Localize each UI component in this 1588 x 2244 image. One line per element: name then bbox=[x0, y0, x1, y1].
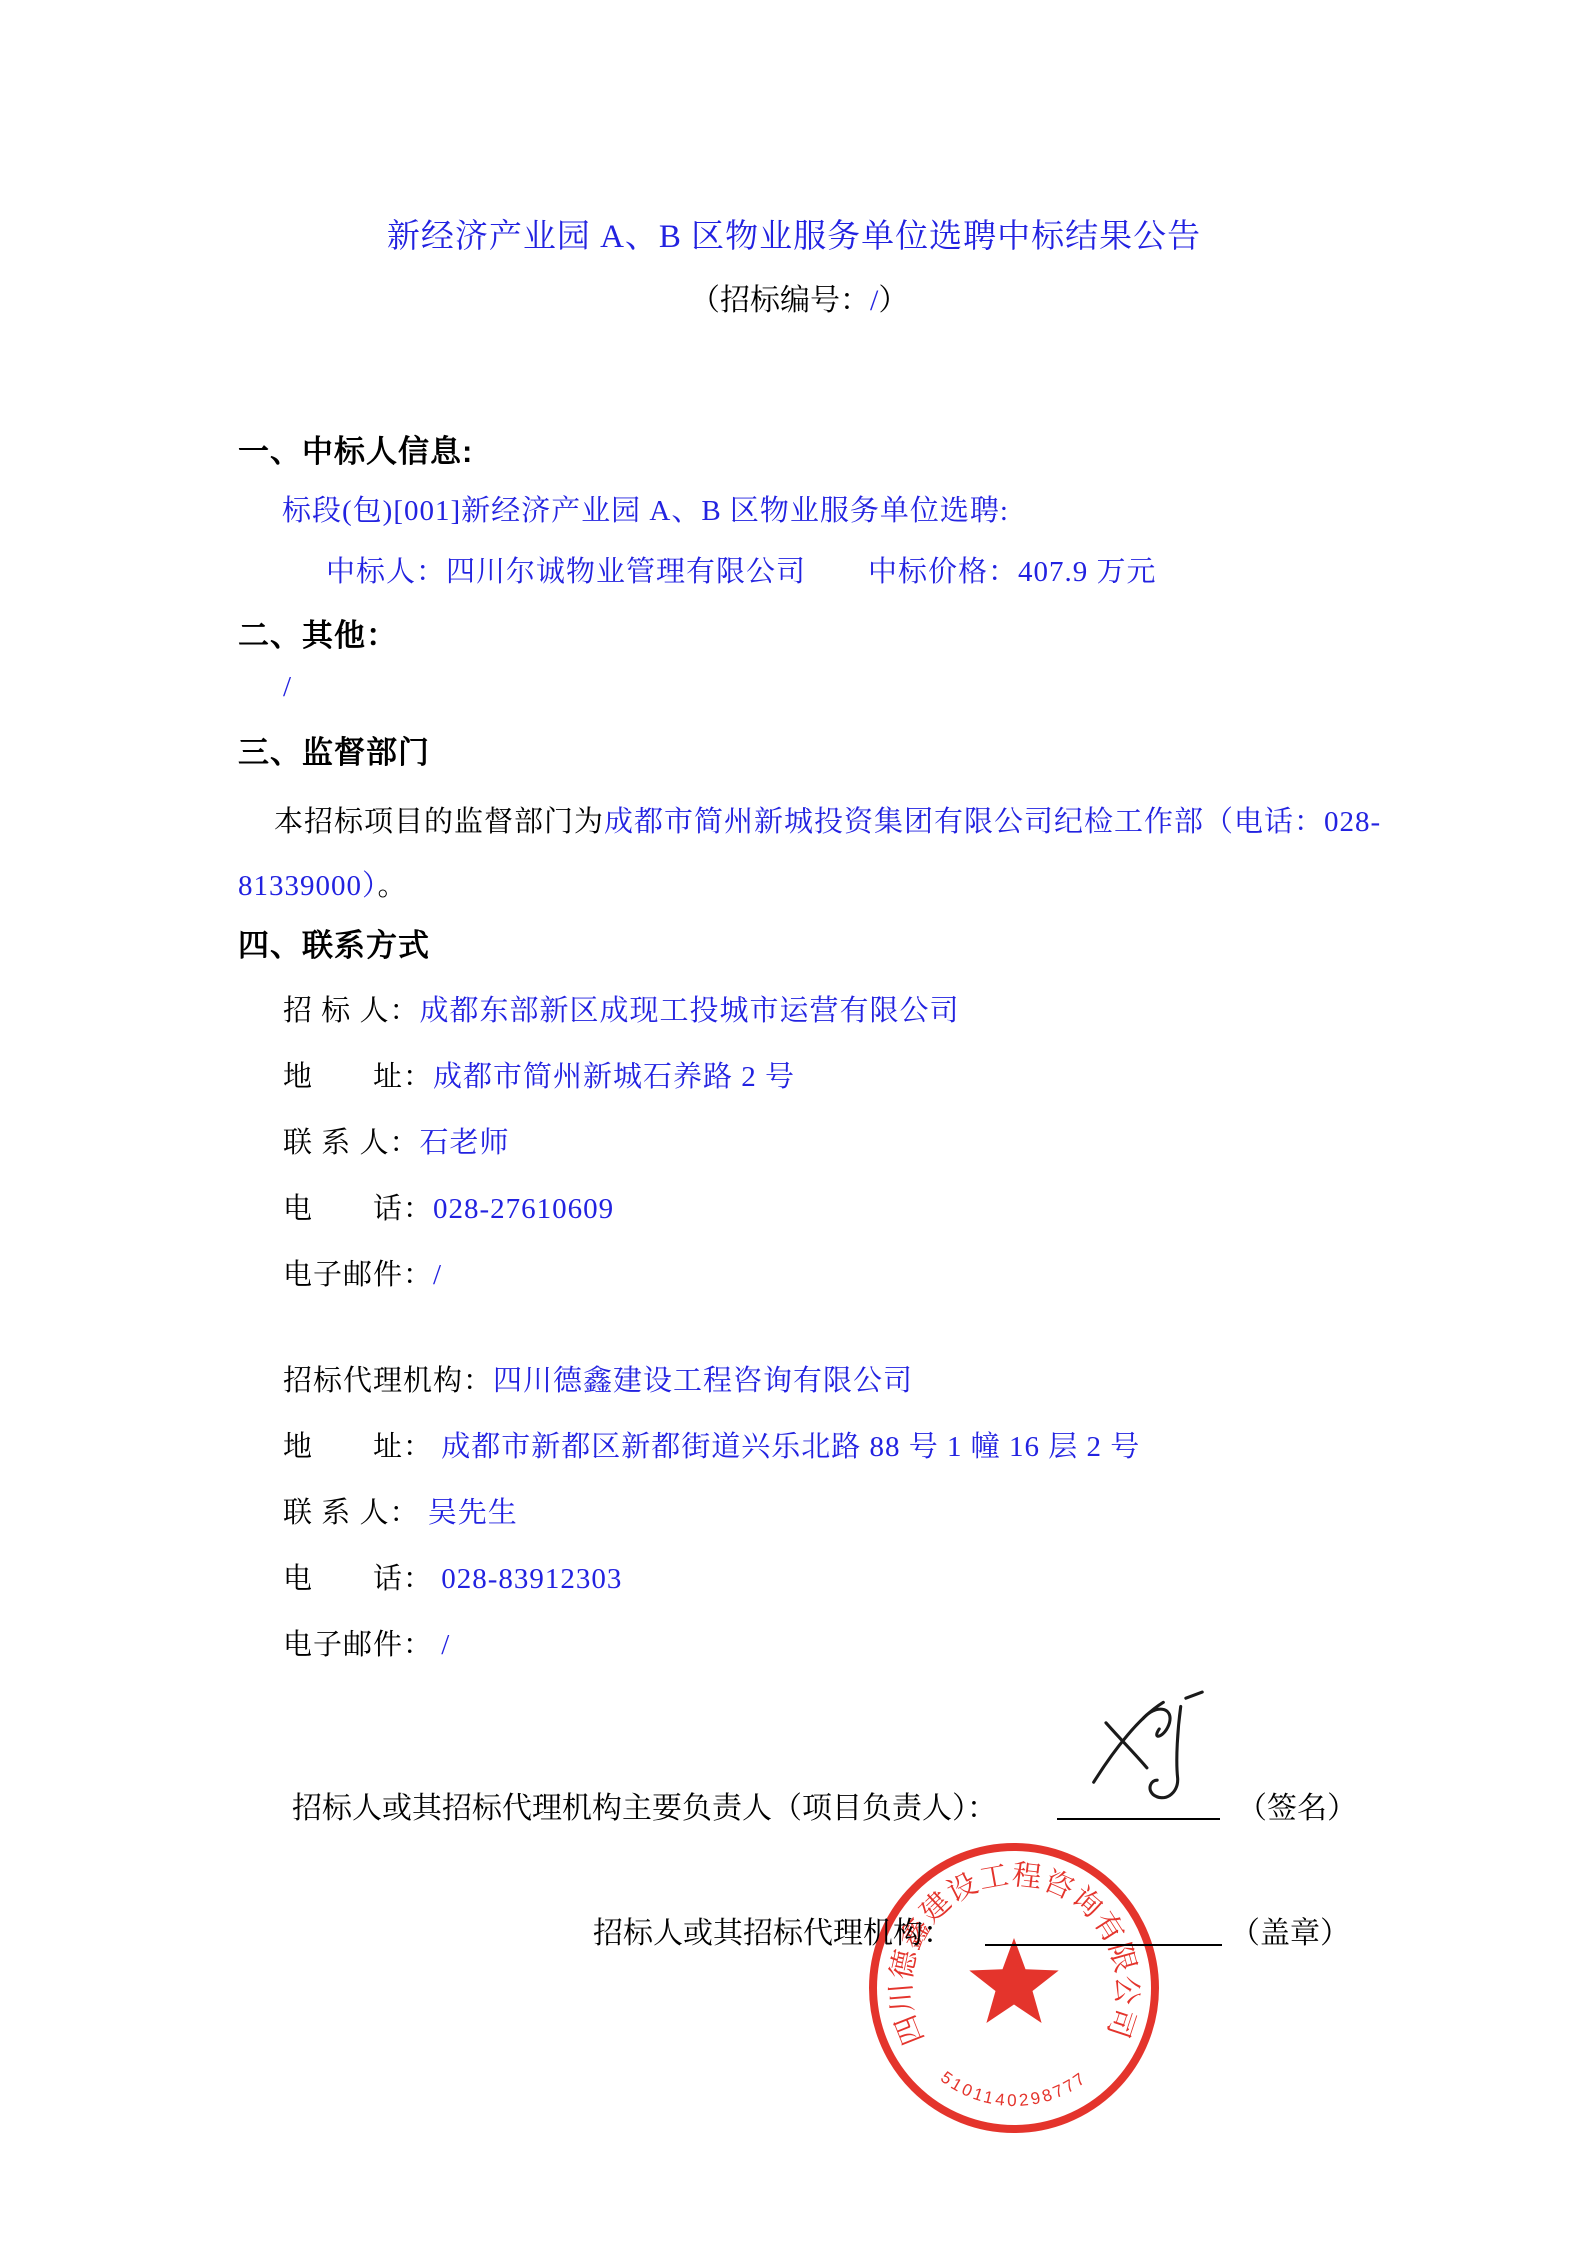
tender-number-prefix: （招标编号： bbox=[690, 284, 870, 317]
tenderer-name-row: 招 标 人：成都东部新区成现工投城市运营有限公司 bbox=[283, 988, 960, 1029]
winner-value: 四川尔诚物业管理有限公司 bbox=[446, 556, 806, 588]
price-value: 407.9 万元 bbox=[1018, 556, 1157, 588]
lot-line: 标段(包)[001]新经济产业园 A、B 区物业服务单位选聘: bbox=[282, 488, 1009, 529]
section-heading-contact: 四、联系方式 bbox=[238, 920, 430, 965]
agency-email-label: 电子邮件： bbox=[283, 1629, 433, 1661]
agency-address-value: 成都市新都区新都街道兴乐北路 88 号 1 幢 16 层 2 号 bbox=[433, 1431, 1140, 1463]
agency-address-label: 地 址： bbox=[283, 1431, 433, 1463]
tenderer-email-row: 电子邮件：/ bbox=[283, 1252, 442, 1293]
supervision-text-blue: 成都市简州新城投资集团有限公司纪检工作部（电话：028- bbox=[604, 806, 1381, 838]
winner-label: 中标人： bbox=[326, 556, 446, 588]
agency-name-label: 招标代理机构： bbox=[283, 1365, 493, 1397]
tenderer-phone-row: 电 话：028-27610609 bbox=[283, 1186, 614, 1227]
section-heading-winner-info: 一、中标人信息: bbox=[238, 426, 473, 471]
tenderer-address-label: 地 址： bbox=[283, 1061, 433, 1093]
section-heading-other: 二、其他： bbox=[238, 610, 398, 655]
tenderer-contact-value: 石老师 bbox=[420, 1127, 510, 1159]
tenderer-address-row: 地 址：成都市简州新城石养路 2 号 bbox=[283, 1054, 795, 1095]
agency-contact-value: 吴先生 bbox=[420, 1497, 518, 1529]
tenderer-name-label: 招 标 人： bbox=[283, 995, 420, 1027]
tenderer-name-value: 成都东部新区成现工投城市运营有限公司 bbox=[420, 995, 960, 1027]
tender-number-suffix: ） bbox=[878, 284, 908, 317]
price-label: 中标价格： bbox=[868, 556, 1018, 588]
seal-suffix: （盖章） bbox=[1230, 1908, 1350, 1952]
supervision-paragraph-line1: 本招标项目的监督部门为成都市简州新城投资集团有限公司纪检工作部（电话：028- bbox=[274, 799, 1381, 840]
section-heading-supervision: 三、监督部门 bbox=[238, 727, 430, 772]
supervision-text-black: 本招标项目的监督部门为 bbox=[274, 806, 604, 838]
document-page: 新经济产业园 A、B 区物业服务单位选聘中标结果公告 （招标编号：/） 一、中标… bbox=[0, 0, 1588, 2244]
agency-contact-row: 联 系 人： 吴先生 bbox=[283, 1490, 518, 1531]
tenderer-phone-label: 电 话： bbox=[283, 1193, 433, 1225]
company-seal-stamp: 四川德鑫建设工程咨询有限公司 5101140298777 bbox=[864, 1838, 1164, 2138]
star-icon bbox=[969, 1938, 1058, 2023]
agency-phone-value: 028-83912303 bbox=[433, 1563, 622, 1595]
handwritten-signature bbox=[1080, 1688, 1220, 1816]
tender-number-line: （招标编号：/） bbox=[690, 275, 908, 319]
agency-name-row: 招标代理机构：四川德鑫建设工程咨询有限公司 bbox=[283, 1358, 913, 1399]
supervision-phone-rest: 81339000） bbox=[238, 870, 378, 902]
agency-name-value: 四川德鑫建设工程咨询有限公司 bbox=[493, 1365, 913, 1397]
agency-contact-label: 联 系 人： bbox=[283, 1497, 420, 1529]
tenderer-email-value: / bbox=[433, 1259, 442, 1291]
agency-phone-label: 电 话： bbox=[283, 1563, 433, 1595]
tenderer-contact-label: 联 系 人： bbox=[283, 1127, 420, 1159]
tenderer-address-value: 成都市简州新城石养路 2 号 bbox=[433, 1061, 795, 1093]
other-value: / bbox=[283, 671, 292, 704]
signature-suffix: （签名） bbox=[1237, 1783, 1357, 1827]
tenderer-phone-value: 028-27610609 bbox=[433, 1193, 614, 1225]
agency-phone-row: 电 话： 028-83912303 bbox=[283, 1556, 622, 1597]
supervision-paragraph-line2: 81339000）。 bbox=[238, 863, 408, 904]
page-title: 新经济产业园 A、B 区物业服务单位选聘中标结果公告 bbox=[0, 210, 1588, 257]
agency-email-value: / bbox=[433, 1629, 450, 1661]
agency-email-row: 电子邮件： / bbox=[283, 1622, 450, 1663]
winner-line: 中标人：四川尔诚物业管理有限公司中标价格：407.9 万元 bbox=[326, 549, 1157, 590]
stamp-number-text: 5101140298777 bbox=[937, 2068, 1091, 2110]
tenderer-contact-row: 联 系 人：石老师 bbox=[283, 1120, 510, 1161]
agency-address-row: 地 址： 成都市新都区新都街道兴乐北路 88 号 1 幢 16 层 2 号 bbox=[283, 1424, 1140, 1465]
tenderer-email-label: 电子邮件： bbox=[283, 1259, 433, 1291]
signature-line-label: 招标人或其招标代理机构主要负责人（项目负责人）： bbox=[292, 1783, 997, 1827]
supervision-period: 。 bbox=[378, 870, 408, 902]
